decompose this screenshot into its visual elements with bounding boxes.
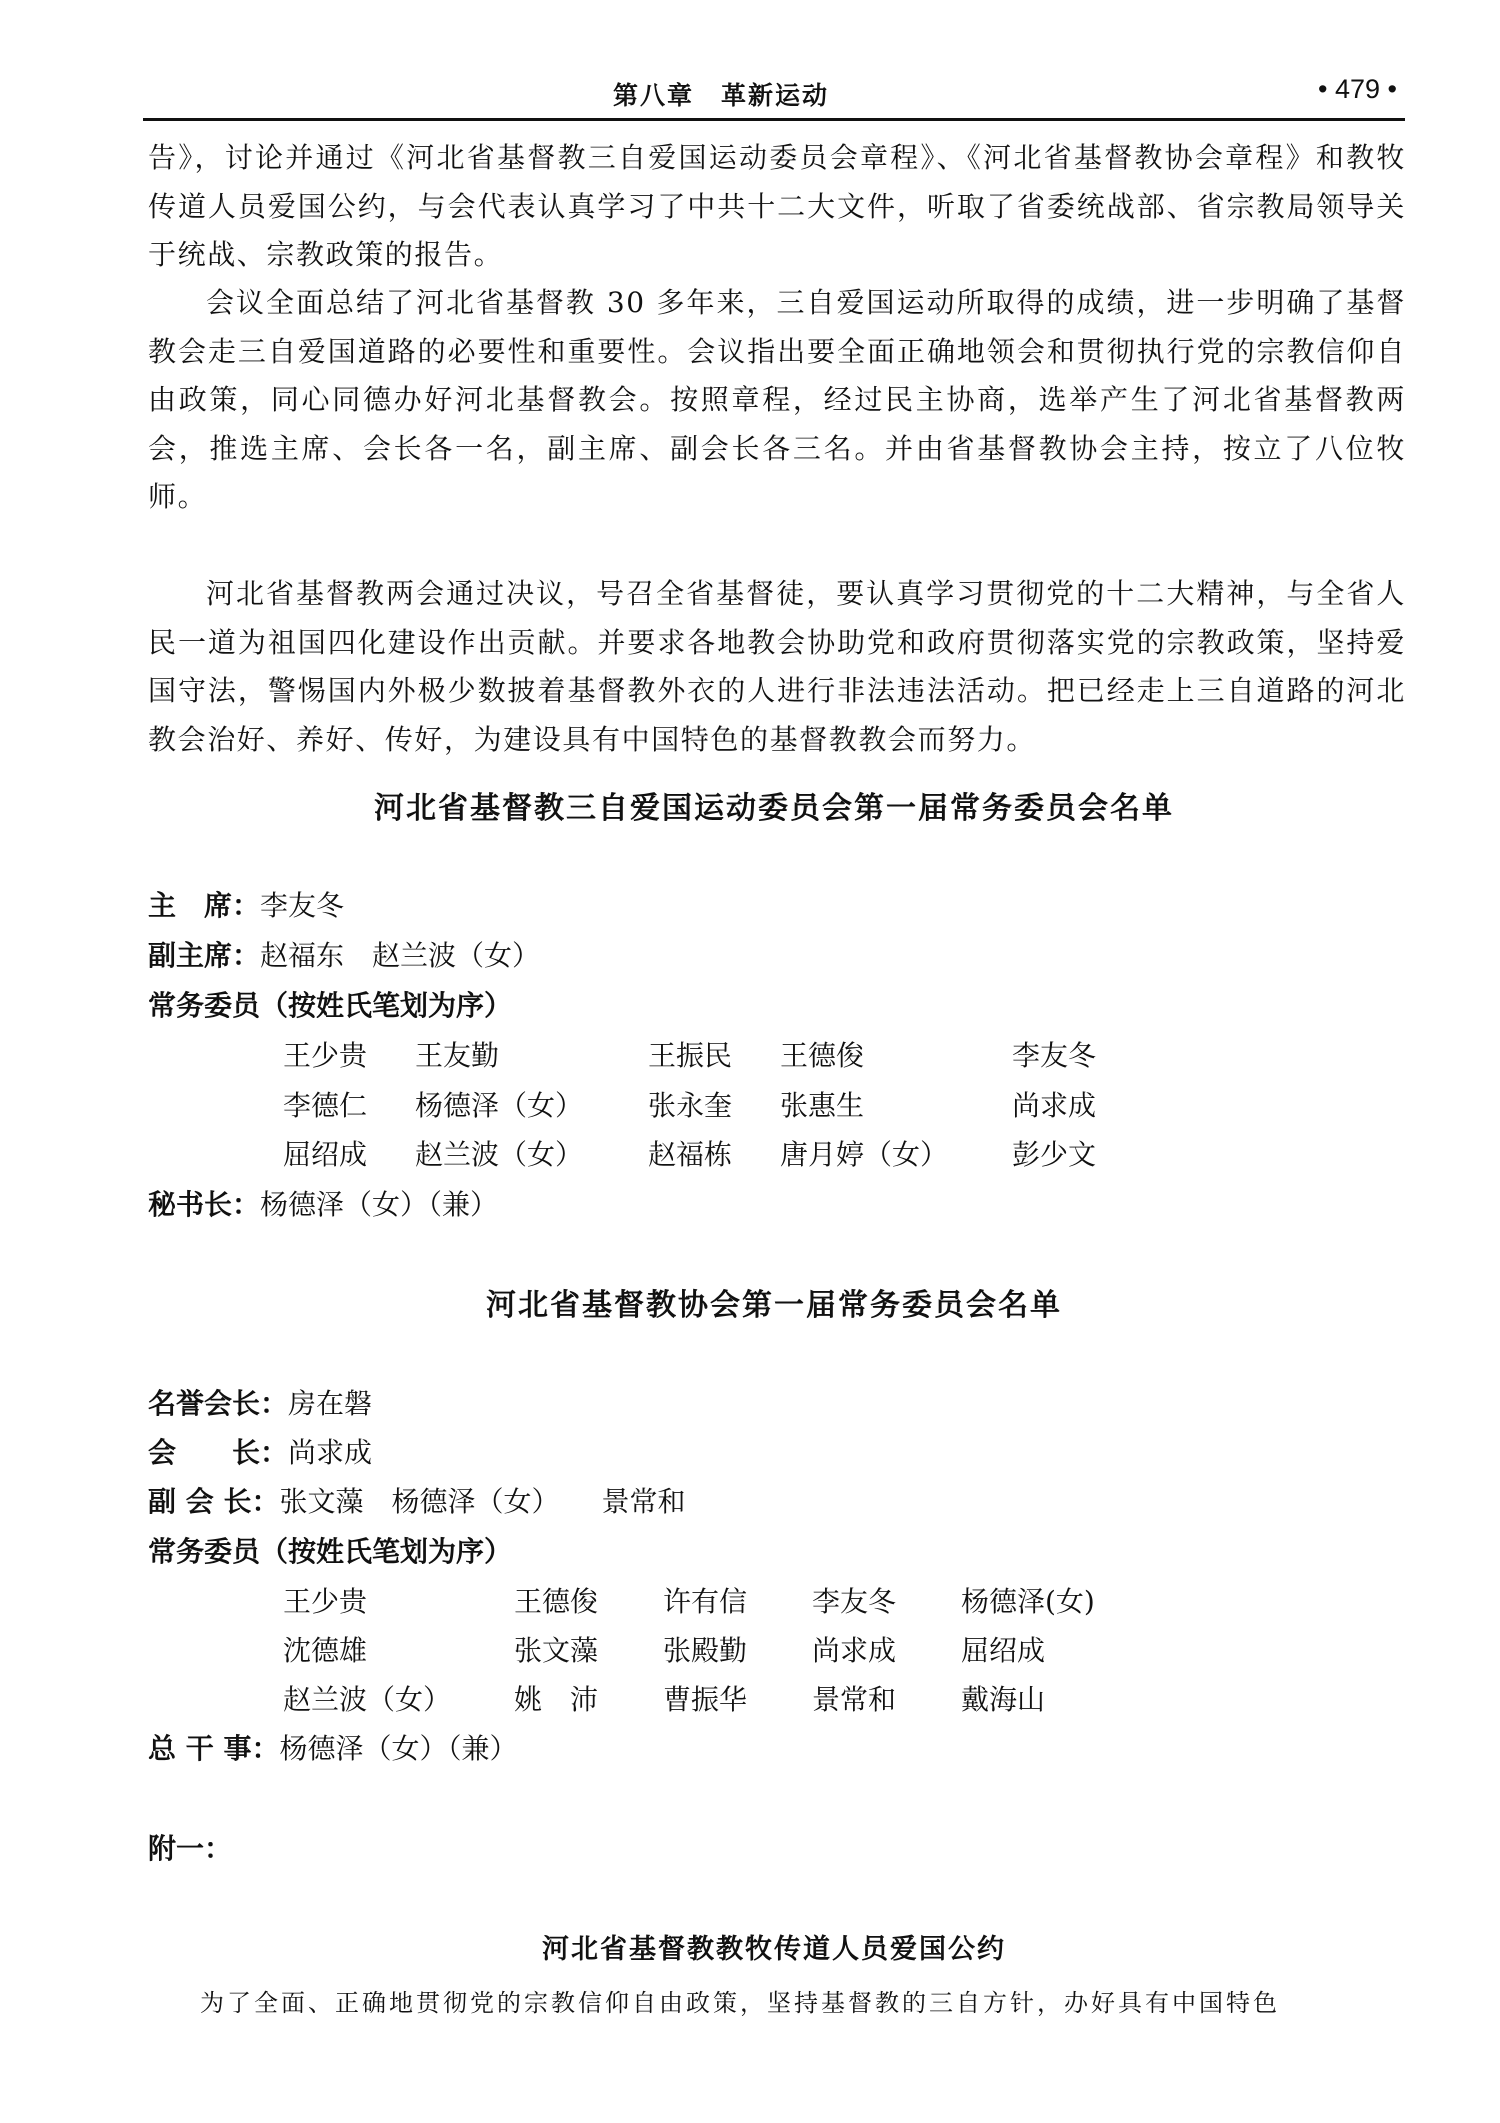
honorary-label: 名誉会长： [148,1387,288,1420]
member-name: 景常和 [812,1678,896,1718]
member-name: 杨德泽（女） [415,1084,583,1124]
vice-chairman-label: 副主席： [148,939,260,972]
paragraph-3: 河北省基督教两会通过决议，号召全省基督徒，要认真学习贯彻党的十二大精神，与全省人… [148,570,1406,764]
list1-vice-chairman-row: 副主席：赵福东赵兰波（女） [148,934,540,974]
vice-chairman-name: 赵福东 [260,939,344,972]
gm-name: 杨德泽（女）（兼） [280,1732,518,1765]
list2-president-row: 会 长：尚求成 [148,1431,372,1471]
vice-president-label: 副 会 长： [148,1485,280,1518]
page-header: 第八章 革新运动 • 479 • [143,66,1405,121]
member-name: 彭少文 [1012,1133,1096,1173]
member-name: 屈绍成 [961,1629,1045,1669]
list2-members-label: 常务委员（按姓氏笔划为序） [148,1530,512,1570]
appendix-first-line: 为了全面、正确地贯彻党的宗教信仰自由政策，坚持基督教的三自方针，办好具有中国特色 [200,1983,1360,2018]
chapter-title: 第八章 革新运动 [613,76,829,112]
list2-vice-row: 副 会 长：张文藻杨德泽（女）景常和 [148,1480,686,1520]
list1-members-label: 常务委员（按姓氏笔划为序） [148,984,512,1024]
list2-title: 河北省基督教协会第一届常务委员会名单 [143,1280,1405,1324]
vice-president-name: 张文藻 [280,1485,364,1518]
appendix-label: 附一： [148,1827,232,1867]
appendix-title: 河北省基督教教牧传道人员爱国公约 [143,1927,1405,1966]
member-name: 李友冬 [812,1580,896,1620]
member-name: 张殿勤 [663,1629,747,1669]
member-name: 许有信 [663,1580,747,1620]
member-name: 张文藻 [514,1629,598,1669]
vice-president-name: 景常和 [602,1485,686,1518]
member-name: 张永奎 [648,1084,732,1124]
list1-secretary-row: 秘书长：杨德泽（女）（兼） [148,1183,498,1223]
vice-chairman-name: 赵兰波（女） [372,939,540,972]
paragraph-2: 会议全面总结了河北省基督教 30 多年来，三自爱国运动所取得的成绩，进一步明确了… [148,279,1406,522]
member-name: 姚 沛 [514,1678,598,1718]
president-name: 尚求成 [288,1436,372,1469]
list1-title: 河北省基督教三自爱国运动委员会第一届常务委员会名单 [143,783,1405,827]
chairman-name: 李友冬 [260,889,344,922]
member-name: 戴海山 [961,1678,1045,1718]
secretary-name: 杨德泽（女）（兼） [260,1188,498,1221]
honorary-name: 房在磐 [288,1387,372,1420]
member-name: 屈绍成 [283,1133,367,1173]
chairman-label: 主 席： [148,889,260,922]
list2-honorary-row: 名誉会长：房在磐 [148,1382,372,1422]
secretary-label: 秘书长： [148,1188,260,1221]
vice-president-name: 杨德泽（女） [392,1485,560,1518]
member-name: 王友勤 [415,1034,499,1074]
member-name: 赵兰波（女） [283,1678,451,1718]
member-name: 尚求成 [812,1629,896,1669]
president-label: 会 长： [148,1436,288,1469]
paragraph-1: 告》，讨论并通过《河北省基督教三自爱国运动委员会章程》、《河北省基督教协会章程》… [148,134,1406,280]
member-name: 李友冬 [1012,1034,1096,1074]
member-name: 唐月婷（女） [780,1133,948,1173]
gm-label: 总 干 事： [148,1732,280,1765]
list2-gm-row: 总 干 事：杨德泽（女）（兼） [148,1727,518,1767]
member-name: 王少贵 [283,1034,367,1074]
member-name: 杨德泽(女) [961,1580,1095,1620]
member-name: 赵福栋 [648,1133,732,1173]
member-name: 王德俊 [514,1580,598,1620]
member-name: 王振民 [648,1034,732,1074]
list1-chairman-row: 主 席：李友冬 [148,884,344,924]
member-name: 赵兰波（女） [415,1133,583,1173]
member-name: 王德俊 [780,1034,864,1074]
member-name: 曹振华 [663,1678,747,1718]
page-number: • 479 • [1318,74,1397,105]
member-name: 王少贵 [283,1580,367,1620]
member-name: 尚求成 [1012,1084,1096,1124]
member-name: 张惠生 [780,1084,864,1124]
member-name: 沈德雄 [283,1629,367,1669]
member-name: 李德仁 [283,1084,367,1124]
